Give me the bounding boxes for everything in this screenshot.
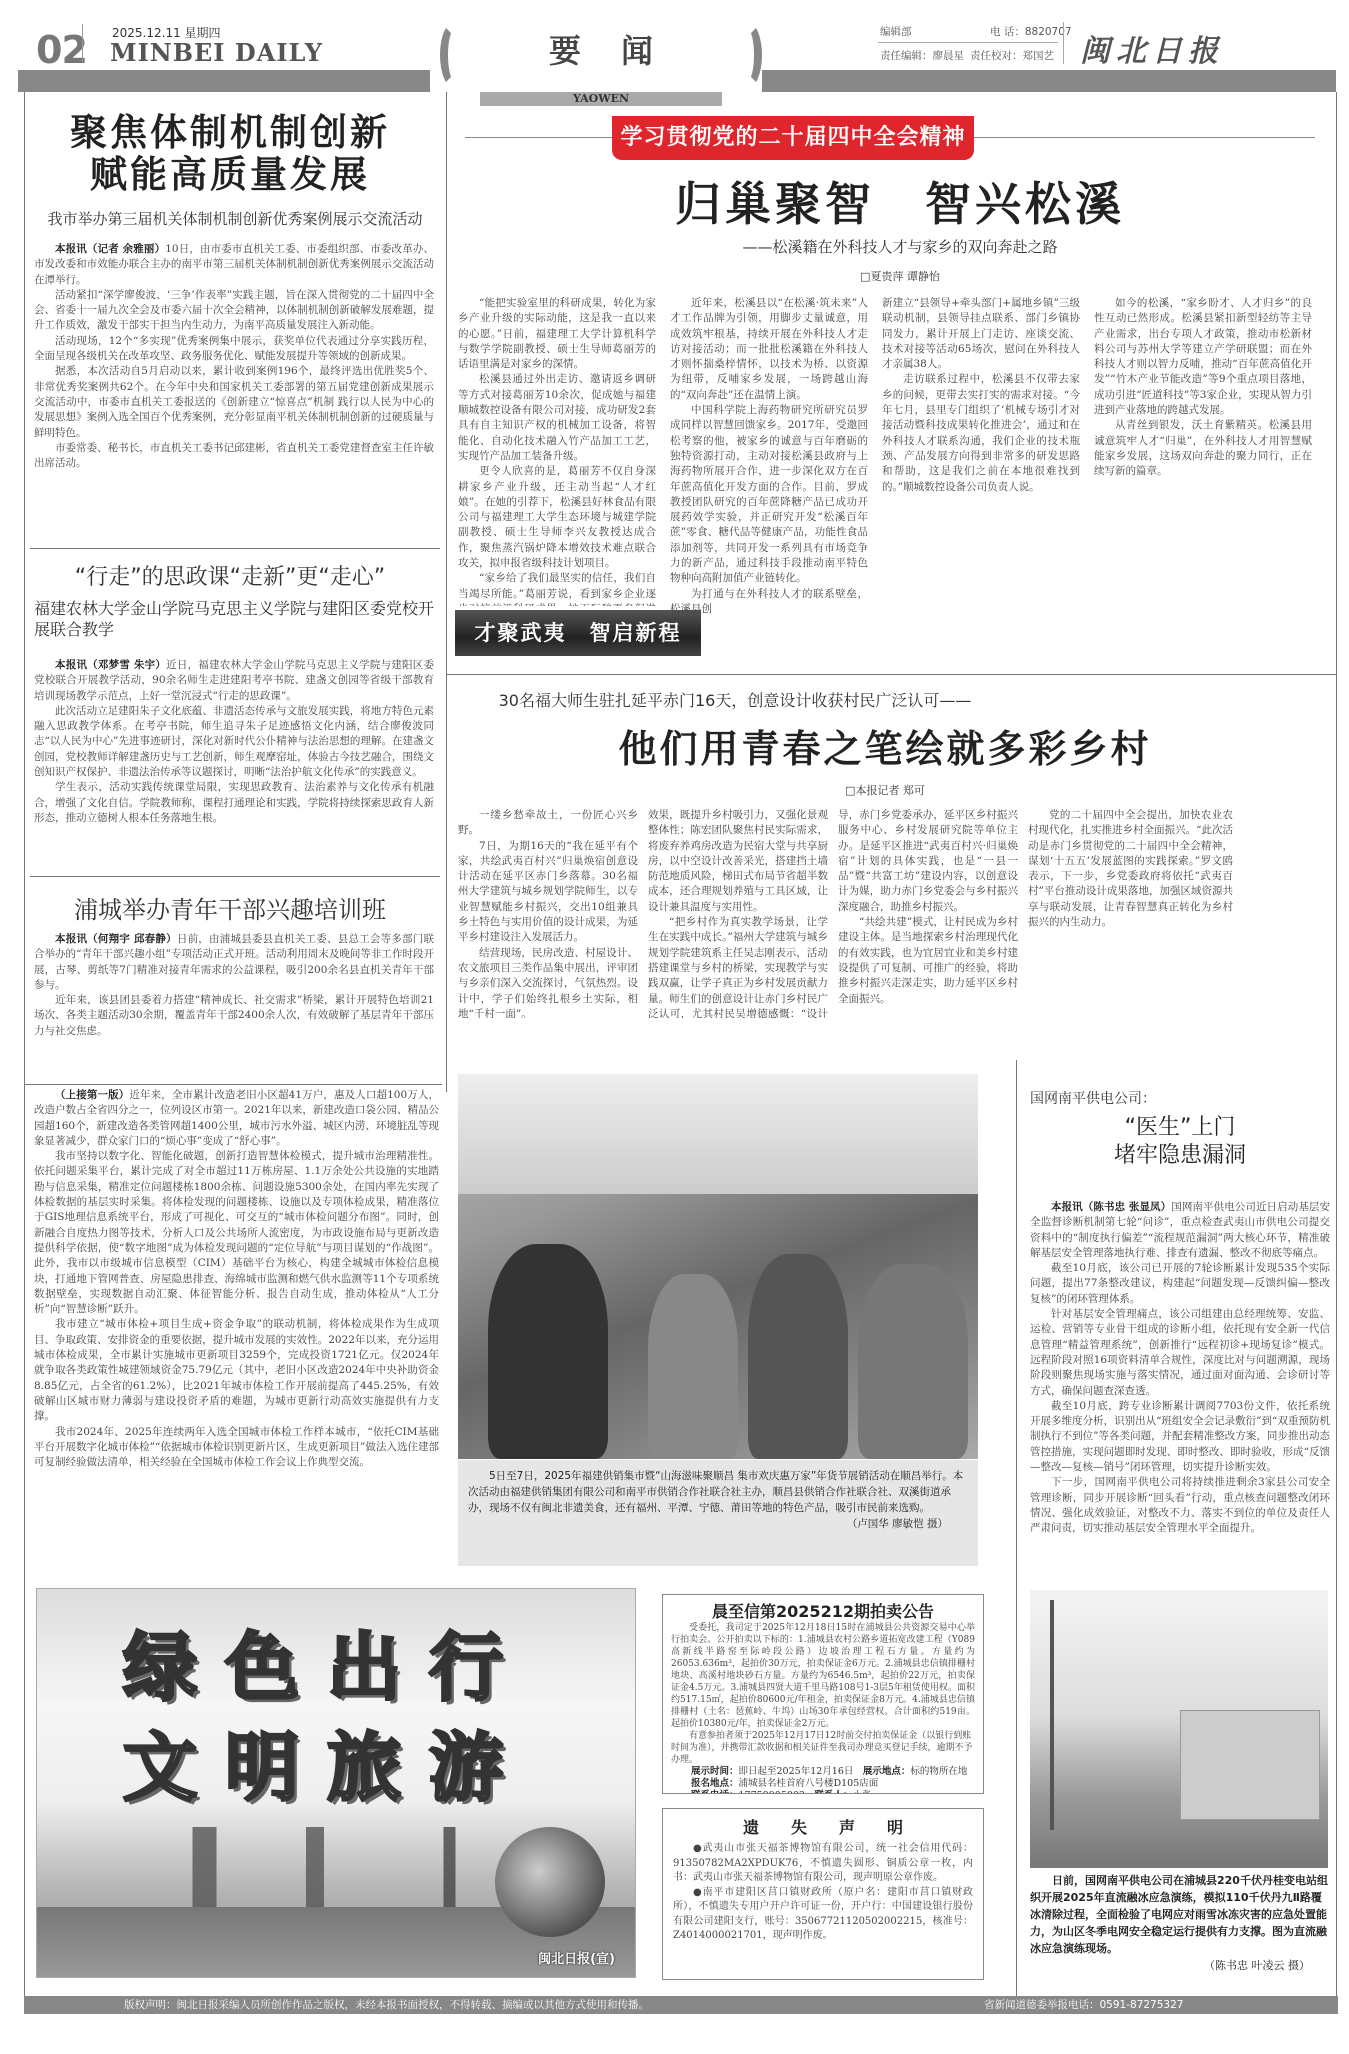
article3-headline: 浦城举办青年干部兴趣培训班 bbox=[30, 890, 430, 925]
power-article-headline: “医生”上门 堵牢隐患漏洞 bbox=[1030, 1114, 1330, 1170]
label: 联系电话： bbox=[691, 1790, 739, 1794]
photo-credit: （陈书忠 叶凌云 摄） bbox=[1030, 1957, 1310, 1974]
paragraph: 松溪县通过外出走访、邀请返乡调研等方式对接葛丽芳10余次，促成她与福建顺城数控设… bbox=[458, 372, 656, 464]
ad-credit: 闽北日报(宣) bbox=[538, 1948, 615, 1967]
paragraph: 针对基层安全管理痛点，该公司组建由总经理统筹、安监、运检、营销等专业骨干组成的诊… bbox=[1030, 1307, 1330, 1399]
equipment-truck bbox=[1180, 1710, 1320, 1820]
feature-subtitle: ——松溪籍在外科技人才与家乡的双向奔赴之路 bbox=[450, 236, 1349, 257]
story2-headline: 他们用青春之笔绘就多彩乡村 bbox=[450, 718, 1320, 773]
masthead-bar-right bbox=[762, 70, 1336, 92]
paragraph: 党的二十届四中全会提出，加快农业农村现代化，扎实推进乡村全面振兴。“此次活动是赤… bbox=[1028, 808, 1233, 930]
label: 报名地点： bbox=[691, 1778, 739, 1789]
caption-text: 5日至7日，2025年福建供销集市暨“山海滋味聚顺昌 集市欢庆惠万家”年货节展销… bbox=[468, 1470, 963, 1514]
lead-label: 本报讯（何翔宇 邱春静） bbox=[55, 933, 177, 945]
paragraph: 更令人欣喜的是，葛丽芳不仅自身深耕家乡产业升级，还主动当起“人才红娘”。在她的引… bbox=[458, 464, 656, 571]
feature-byline: □夏贵萍 谭静怡 bbox=[450, 268, 1349, 284]
story2-column-4: 党的二十届四中全会提出，加快农业农村现代化，扎实推进乡村全面振兴。“此次活动是赤… bbox=[1028, 808, 1233, 1018]
power-photo-caption: 日前，国网南平供电公司在浦城县220千伏丹桂变电站组织开展2025年直流融冰应急… bbox=[1030, 1872, 1330, 1974]
article-divider bbox=[30, 548, 440, 549]
power-article-kicker: 国网南平供电公司： bbox=[1030, 1088, 1330, 1108]
auction-title: 晨至信第2025212期拍卖公告 bbox=[671, 1599, 975, 1622]
column-divider bbox=[1016, 1060, 1017, 1996]
power-pole bbox=[1050, 1600, 1054, 1830]
article3-body: 本报讯（何翔宇 邱春静）日前，由浦城县委县直机关工委、县总工会等多部门联合举办的… bbox=[34, 932, 434, 1082]
copyright-notice: 版权声明：闽北日报采编人员所创作作品之版权，未经本报书面授权，不得转载、摘编或以… bbox=[124, 1996, 649, 2014]
story2-column-2: 效果，既提升乡村吸引力，又强化景观整体性；陈宏团队聚焦村民实际需求，将废弃养鸡房… bbox=[648, 808, 828, 1018]
photo-person bbox=[748, 1254, 848, 1459]
dept-label: 编辑部 bbox=[880, 24, 912, 39]
paragraph: 下一步，国网南平供电公司将持续推进剩余3家县公司安全管理诊断，同步开展诊断“回头… bbox=[1030, 1475, 1330, 1536]
paragraph: 中国科学院上海药物研究所研究员罗成同样以智慧回馈家乡。2017年，受邀回松考察的… bbox=[670, 403, 868, 587]
lost-notice: 遗失声明 ●武夷山市张天福茶博物馆有限公司，统一社会信用代码：91350782M… bbox=[662, 1808, 984, 1980]
story2-column-1: 一缕乡愁牵故土，一份匠心兴乡野。 7日，为期16天的“我在延平有个家，共绘武夷百… bbox=[458, 808, 638, 1018]
paragraph: 此次活动立足建阳朱子文化底蕴、非遗活态传承与文旅发展实践，将地方特色元素融入思政… bbox=[34, 704, 434, 780]
feature-column-1: “能把实验室里的科研成果，转化为家乡产业升级的实际动能，这是我一直以来的心愿。”… bbox=[458, 296, 656, 606]
talent-image-banner: 才聚武夷 智启新程 bbox=[455, 610, 701, 656]
article-divider bbox=[446, 674, 1336, 675]
paragraph: 截至10月底，跨专业诊断累计调阅7703份文件，依托系统开展多维度分析，识别出从… bbox=[1030, 1399, 1330, 1475]
paragraph: “能把实验室里的科研成果，转化为家乡产业升级的实际动能，这是我一直以来的心愿。”… bbox=[458, 296, 656, 372]
auction-body2: 有意参拍者须于2025年12月17日12时前交付拍卖保证金（以银行到账时间为准）… bbox=[671, 1730, 975, 1766]
power-article-body: 本报讯（陈书忠 张显凤）国网南平供电公司近日启动基层安全监督诊断机制第七轮“问诊… bbox=[1030, 1200, 1330, 1578]
paragraph: “把乡村作为真实教学场景，让学生在实践中成长。”福州大学建筑与城乡规划学院建筑系… bbox=[648, 915, 828, 1018]
article1-body: 本报讯（记者 余雅丽）10日，由市委市直机关工委、市委组织部、市委改革办、市发改… bbox=[34, 242, 434, 532]
lead-label: 本报讯（陈书忠 张显凤） bbox=[1051, 1201, 1171, 1213]
story2-column-3: 导，赤门乡党委承办，延平区乡村振兴服务中心、乡村发展研究院等单位主办。是延平区推… bbox=[838, 808, 1018, 1018]
lost-notice-item: ●武夷山市张天福茶博物馆有限公司，统一社会信用代码：91350782MA2XPD… bbox=[673, 1842, 973, 1886]
headline-line2: 堵牢隐患漏洞 bbox=[1030, 1142, 1330, 1170]
auction-notice: 晨至信第2025212期拍卖公告 受委托，我司定于2025年12月18日15时在… bbox=[662, 1594, 984, 1794]
paragraph: 学生表示，活动实践传统课堂局限，实现思政教育、法治素养与文化传承有机融合，增强了… bbox=[34, 780, 434, 826]
column-divider bbox=[446, 92, 447, 1092]
power-drill-photo bbox=[1030, 1590, 1328, 1868]
value: 17759905002 bbox=[739, 1790, 806, 1794]
report-hotline: 省新闻道德委举报电话：0591-87275327 bbox=[984, 1996, 1183, 2014]
theme-banner: 学习贯彻党的二十届四中全会精神 bbox=[612, 116, 974, 160]
info-divider bbox=[878, 42, 1058, 43]
lead-label: 本报讯（邓梦雪 朱宇） bbox=[55, 659, 166, 671]
paragraph: 从青丝到银发，沃土育紫精英。松溪县用诚意筑牢人才“归巢”，在外科技人才用智慧赋能… bbox=[1094, 418, 1312, 479]
market-photo bbox=[458, 1074, 978, 1459]
page-frame-left bbox=[24, 92, 25, 1996]
headline-line1: “医生”上门 bbox=[1030, 1114, 1330, 1142]
feature-column-2: 近年来，松溪县以“在松溪·筑未来”人才工作品牌为引领，用脚步丈量诚意，用成效筑牢… bbox=[670, 296, 868, 666]
public-service-ad: 绿色出行 文明旅游 闽北日报(宣) bbox=[36, 1588, 636, 1978]
paragraph: 活动现场，12个“多实现”优秀案例集中展示，获奖单位代表通过分享实践历程，全面呈… bbox=[34, 334, 434, 365]
auction-show-info: 展示时间：即日起至2025年12月16日 展示地点：标的物所在地 bbox=[671, 1766, 975, 1778]
lost-notice-title: 遗失声明 bbox=[673, 1815, 973, 1838]
market-photo-caption: 5日至7日，2025年福建供销集市暨“山海滋味聚顺昌 集市欢庆惠万家”年货节展销… bbox=[458, 1460, 978, 1566]
paragraph: 活动紧扣“深学廖俊波、‘三争’作表率”实践主题，旨在深入贯彻党的二十届四中全会、… bbox=[34, 288, 434, 334]
article1-subhead: 我市举办第三届机关体制机制创新优秀案例展示交流活动 bbox=[30, 208, 440, 229]
page-number: 02 bbox=[36, 28, 87, 72]
article2-headline: “行走”的思政课“走新”更“走心” bbox=[30, 560, 430, 591]
paragraph: 为打通与在外科技人才的联系壁垒，松溪县创 bbox=[670, 587, 868, 618]
section-header: 要闻 YAOWEN bbox=[440, 22, 762, 88]
feature-headline: 归巢聚智 智兴松溪 bbox=[450, 168, 1349, 234]
article-divider bbox=[24, 1084, 442, 1085]
article1-headline: 聚焦体制机制创新 赋能高质量发展 bbox=[30, 112, 430, 196]
responsible-editor: 责任编辑：廖晨星 bbox=[880, 48, 964, 63]
paragraph: 7日，为期16天的“我在延平有个家，共绘武夷百村兴”归巢焕宿创意设计活动在延平区… bbox=[458, 839, 638, 946]
feature-column-4: 如今的松溪，“家乡盼才、人才归乡”的良性互动已然形成。松溪县紧扣新型轻纺等主导产… bbox=[1094, 296, 1312, 666]
caption-text: 日前，国网南平供电公司在浦城县220千伏丹桂变电站组织开展2025年直流融冰应急… bbox=[1030, 1874, 1328, 1955]
paragraph: 导，赤门乡党委承办，延平区乡村振兴服务中心、乡村发展研究院等单位主办。是延平区推… bbox=[838, 808, 1018, 915]
paper-logo: 闽北日报 bbox=[1080, 26, 1224, 70]
section-title: 要闻 bbox=[440, 26, 762, 72]
lost-notice-item: ●南平市建阳区莒口镇财政所（原户名：建阳市莒口镇财政所），不慎遗失专用户开户许可… bbox=[673, 1886, 973, 1944]
label: 展示时间： bbox=[691, 1766, 739, 1777]
value: 标的物所在地 bbox=[910, 1766, 967, 1777]
paragraph: 我市2024年、2025年连续两年入选全国城市体检工作样本城市，“依托CIM基础… bbox=[34, 1425, 439, 1471]
auction-contact-info: 联系电话：17759905002 联系人：小张 bbox=[671, 1790, 975, 1794]
feature-column-3: 新建立“县领导+牵头部门+属地乡镇”三级联动机制，县领导挂点联系、部门乡镇协同发… bbox=[882, 296, 1080, 666]
dept-phone: 电 话：8820707 bbox=[990, 24, 1072, 39]
footer-bar: 版权声明：闽北日报采编人员所创作作品之版权，未经本报书面授权，不得转载、摘编或以… bbox=[24, 1996, 1338, 2014]
photo-person bbox=[648, 1274, 738, 1459]
headline-line2: 赋能高质量发展 bbox=[30, 154, 430, 196]
paragraph: 截至10月底，该公司已开展的7轮诊断累计发现535个实际问题，提出77条整改建议… bbox=[1030, 1261, 1330, 1307]
responsible-proofreader: 责任校对：郑国艺 bbox=[970, 48, 1054, 63]
page-frame-right bbox=[1336, 92, 1337, 1996]
story2-byline: □本报记者 郑可 bbox=[450, 782, 1320, 798]
photo-credit: （卢国华 廖敏恺 摄） bbox=[847, 1516, 948, 1532]
info-vdivider bbox=[1063, 22, 1064, 64]
masthead-divider bbox=[82, 24, 83, 62]
paragraph: 市委常委、秘书长，市直机关工委书记邱建彬，省直机关工委党建督查室主任许敏出席活动… bbox=[34, 441, 434, 472]
ad-slogan-line1: 绿色出行 bbox=[77, 1609, 577, 1715]
auction-reg-info: 报名地点：浦城县名桂首府八号楼D105店面 bbox=[671, 1778, 975, 1790]
paragraph: “共绘共建”模式，让村民成为乡村建设主体。是当地探索乡村治理现代化的有效实践，也… bbox=[838, 915, 1018, 1007]
masthead-bar-left bbox=[18, 70, 430, 92]
paragraph: 我市坚持以数字化、智能化破题，创新打造智慧体检模式，提升城市治理精准性。依托问题… bbox=[34, 1149, 439, 1317]
value: 浦城县名桂首府八号楼D105店面 bbox=[739, 1778, 879, 1789]
paragraph: 走访联系过程中，松溪县不仅带去家乡的问候，更带去实打实的需求对接。“今年七月，县… bbox=[882, 372, 1080, 494]
headline-line1: 聚焦体制机制创新 bbox=[30, 112, 430, 154]
label: 联系人： bbox=[815, 1790, 853, 1794]
paragraph: 新建立“县领导+牵头部门+属地乡镇”三级联动机制，县领导挂点联系、部门乡镇协同发… bbox=[882, 296, 1080, 372]
paragraph: 近年来，松溪县以“在松溪·筑未来”人才工作品牌为引领，用脚步丈量诚意，用成效筑牢… bbox=[670, 296, 868, 403]
paragraph: “家乡给了我们最坚实的信任，我们自当竭尽所能。”葛丽芳说，看到家乡企业逐步对接前… bbox=[458, 571, 656, 606]
paragraph: 我市建立“城市体检+项目生成+资金争取”的联动机制，将体检成果作为生成项目、争取… bbox=[34, 1317, 439, 1424]
paragraph: 如今的松溪，“家乡盼才、人才归乡”的良性互动已然形成。松溪县紧扣新型轻纺等主导产… bbox=[1094, 296, 1312, 418]
photo-person bbox=[858, 1264, 968, 1459]
section-title-en: YAOWEN bbox=[480, 92, 722, 106]
globe-icon bbox=[495, 1827, 605, 1937]
value: 即日起至2025年12月16日 bbox=[739, 1766, 854, 1777]
paragraph: 一缕乡愁牵故土，一份匠心兴乡野。 bbox=[458, 808, 638, 839]
article2-subhead: 福建农林大学金山学院马克思主义学院与建阳区委党校开展联合教学 bbox=[34, 598, 434, 640]
photo-person bbox=[488, 1244, 608, 1459]
paragraph: 近年来，该县团县委着力搭建“精神成长、社交需求”桥梁，累计开展特色培训21场次、… bbox=[34, 993, 434, 1039]
article2-body: 本报讯（邓梦雪 朱宇）近日，福建农林大学金山学院马克思主义学院与建阳区委党校联合… bbox=[34, 658, 434, 880]
value: 小张 bbox=[853, 1790, 872, 1794]
tent-canopy bbox=[458, 1074, 978, 1194]
continued-label: （上接第一版） bbox=[55, 1089, 129, 1101]
ad-slogan-line2: 文明旅游 bbox=[77, 1709, 577, 1815]
paragraph: 效果，既提升乡村吸引力，又强化景观整体性；陈宏团队聚焦村民实际需求，将废弃养鸡房… bbox=[648, 808, 828, 915]
story2-kicker: 30名福大师生驻扎延平赤门16天，创意设计收获村民广泛认可—— bbox=[455, 688, 1015, 711]
paragraph: 据悉，本次活动自5月启动以来，累计收到案例196个，最终评选出优胜奖5个、非常优… bbox=[34, 364, 434, 440]
lead-label: 本报讯（记者 余雅丽） bbox=[55, 243, 165, 255]
paragraph: 结营现场，民房改造、村屋设计、农文旅项目三类作品集中展出，评审团与乡亲们深入交流… bbox=[458, 946, 638, 1018]
label: 展示地点： bbox=[863, 1766, 911, 1777]
article4-continued: （上接第一版）近年来，全市累计改造老旧小区超41万户，惠及人口超100万人，改造… bbox=[34, 1088, 439, 1570]
auction-body: 受委托，我司定于2025年12月18日15时在浦城县公共资源交易中心举行拍卖会。… bbox=[671, 1622, 975, 1730]
paper-name-en: MINBEI DAILY bbox=[110, 38, 323, 67]
